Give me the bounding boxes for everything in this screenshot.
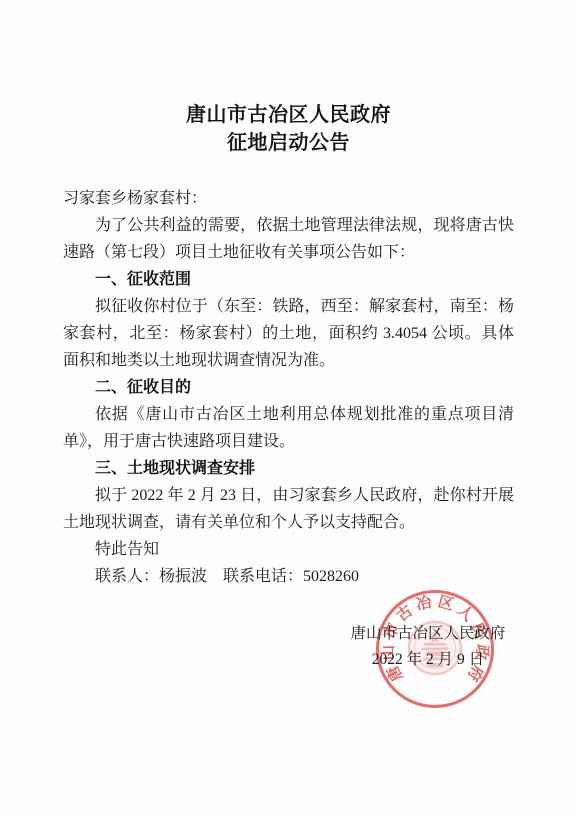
- signature-issuer: 唐山市古冶区人民政府: [347, 621, 509, 647]
- section-1-paragraph: 拟征收你村位于（东至：铁路，西至：解家套村，南至：杨家套村，北至：杨家套村）的土…: [63, 293, 514, 374]
- signature-block: 唐山市古冶区人民政府 2022 年 2 月 9 日: [347, 621, 509, 673]
- section-2-heading: 二、征收目的: [63, 374, 514, 401]
- section-1-heading: 一、征收范围: [63, 266, 514, 293]
- signature-date: 2022 年 2 月 9 日: [347, 647, 509, 673]
- section-3-heading: 三、土地现状调查安排: [63, 455, 514, 482]
- document-title: 唐山市古冶区人民政府 征地启动公告: [63, 101, 514, 157]
- intro-paragraph: 为了公共利益的需要，依据土地管理法律法规，现将唐古快速路（第七段）项目土地征收有…: [63, 212, 514, 266]
- title-subject-line: 征地启动公告: [63, 129, 514, 157]
- closing-line: 特此告知: [63, 536, 514, 563]
- document-page: 唐山市古冶区人民政府 征地启动公告 习家套乡杨家套村： 为了公共利益的需要，依据…: [0, 0, 576, 816]
- title-issuer-line: 唐山市古冶区人民政府: [63, 101, 514, 129]
- section-3-paragraph: 拟于 2022 年 2 月 23 日，由习家套乡人民政府，赴你村开展土地现状调查…: [63, 482, 514, 536]
- announcement-document: 唐山市古冶区人民政府 征地启动公告 习家套乡杨家套村： 为了公共利益的需要，依据…: [0, 101, 576, 590]
- document-body: 习家套乡杨家套村： 为了公共利益的需要，依据土地管理法律法规，现将唐古快速路（第…: [63, 185, 514, 590]
- salutation: 习家套乡杨家套村：: [63, 185, 514, 212]
- section-2-paragraph: 依据《唐山市古冶区土地利用总体规划批准的重点项目清单》，用于唐古快速路项目建设。: [63, 401, 514, 455]
